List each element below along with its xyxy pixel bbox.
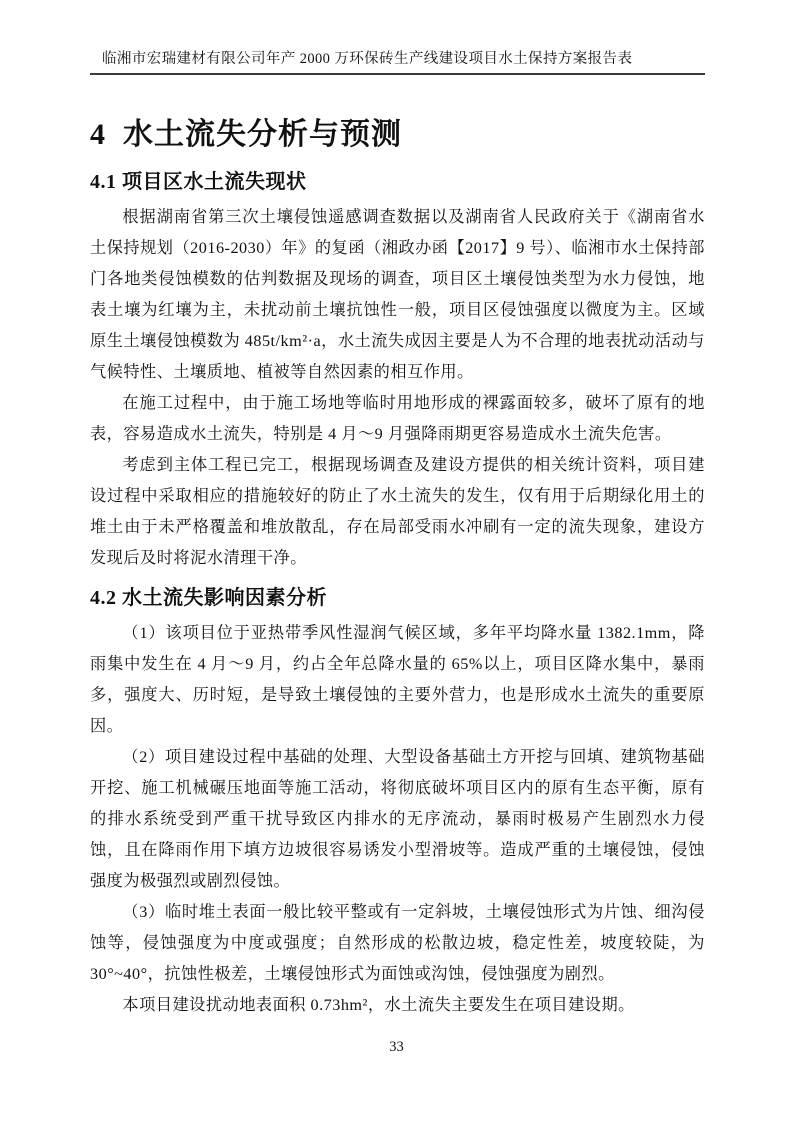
document-page: 临湘市宏瑞建材有限公司年产 2000 万环保砖生产线建设项目水土保持方案报告表 … (0, 0, 793, 1122)
paragraph: （1）该项目位于亚热带季风性湿润气候区域，多年平均降水量 1382.1mm，降雨… (90, 618, 705, 742)
header-title: 临湘市宏瑞建材有限公司年产 2000 万环保砖生产线建设项目水土保持方案报告表 (102, 50, 705, 68)
section-heading-4-1: 4.1 项目区水土流失现状 (90, 168, 705, 196)
paragraph: 在施工过程中，由于施工场地等临时用地形成的裸露面较多，破坏了原有的地表，容易造成… (90, 388, 705, 450)
section-heading-4-2: 4.2 水土流失影响因素分析 (90, 584, 705, 612)
paragraph: （3）临时堆土表面一般比较平整或有一定斜坡，土壤侵蚀形式为片蚀、细沟侵蚀等，侵蚀… (90, 897, 705, 990)
paragraph: 本项目建设扰动地表面积 0.73hm²，水土流失主要发生在项目建设期。 (90, 990, 705, 1021)
page-number: 33 (389, 1039, 404, 1055)
paragraph: （2）项目建设过程中基础的处理、大型设备基础土方开挖与回填、建筑物基础开挖、施工… (90, 742, 705, 897)
chapter-title: 4 水土流失分析与预测 (90, 115, 705, 154)
page-footer: 33 (0, 1038, 793, 1056)
paragraph: 考虑到主体工程已完工，根据现场调查及建设方提供的相关统计资料，项目建设过程中采取… (90, 450, 705, 574)
paragraph: 根据湖南省第三次土壤侵蚀遥感调查数据以及湖南省人民政府关于《湖南省水土保持规划（… (90, 202, 705, 388)
page-header: 临湘市宏瑞建材有限公司年产 2000 万环保砖生产线建设项目水土保持方案报告表 (90, 50, 705, 75)
